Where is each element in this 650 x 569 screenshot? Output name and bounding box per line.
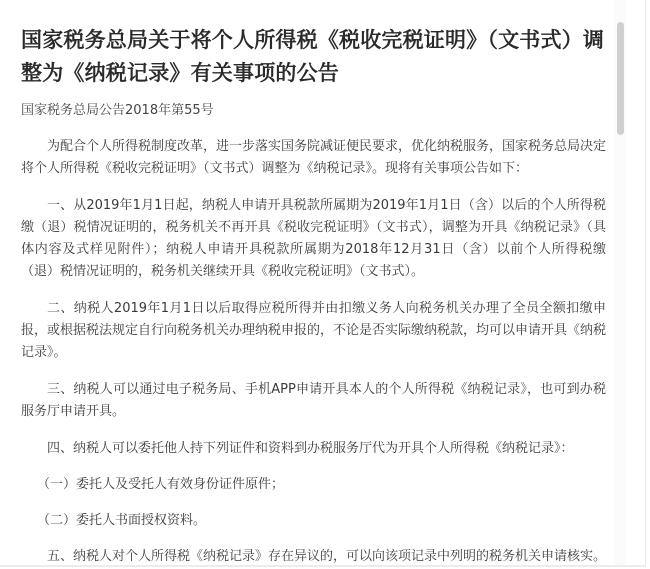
vertical-scrollbar-thumb[interactable] [617,22,624,135]
paragraph-item-5: 五、纳税人对个人所得税《纳税记录》存在异议的，可以向该项记录中列明的税务机关申请… [21,546,606,567]
paragraph-item-4-sub-2: （二）委托人书面授权资料。 [21,510,606,532]
paragraph-item-3: 三、纳税人可以通过电子税务局、手机APP申请开具本人的个人所得税《纳税记录》，也… [21,379,606,423]
paragraph-item-4-sub-1: （一）委托人及受托人有效身份证件原件； [21,474,606,496]
paragraph-item-4: 四、纳税人可以委托他人持下列证件和资料到办税服务厅代为开具个人所得税《纳税记录》… [21,438,606,460]
document-content: 国家税务总局关于将个人所得税《税收完税证明》（文书式）调整为《纳税记录》有关事项… [21,0,606,567]
paragraph-intro: 为配合个人所得税制度改革，进一步落实国务院减证便民要求，优化纳税服务，国家税务总… [21,136,606,180]
document-number: 国家税务总局公告2018年第55号 [21,102,606,120]
document-page: 国家税务总局关于将个人所得税《税收完税证明》（文书式）调整为《纳税记录》有关事项… [0,0,646,567]
paragraph-item-2: 二、纳税人2019年1月1日以后取得应税所得并由扣缴义务人向税务机关办理了全员全… [21,298,606,364]
document-title: 国家税务总局关于将个人所得税《税收完税证明》（文书式）调整为《纳税记录》有关事项… [21,0,606,90]
paragraph-item-1: 一、从2019年1月1日起，纳税人申请开具税款所属期为2019年1月1日（含）以… [21,195,606,283]
